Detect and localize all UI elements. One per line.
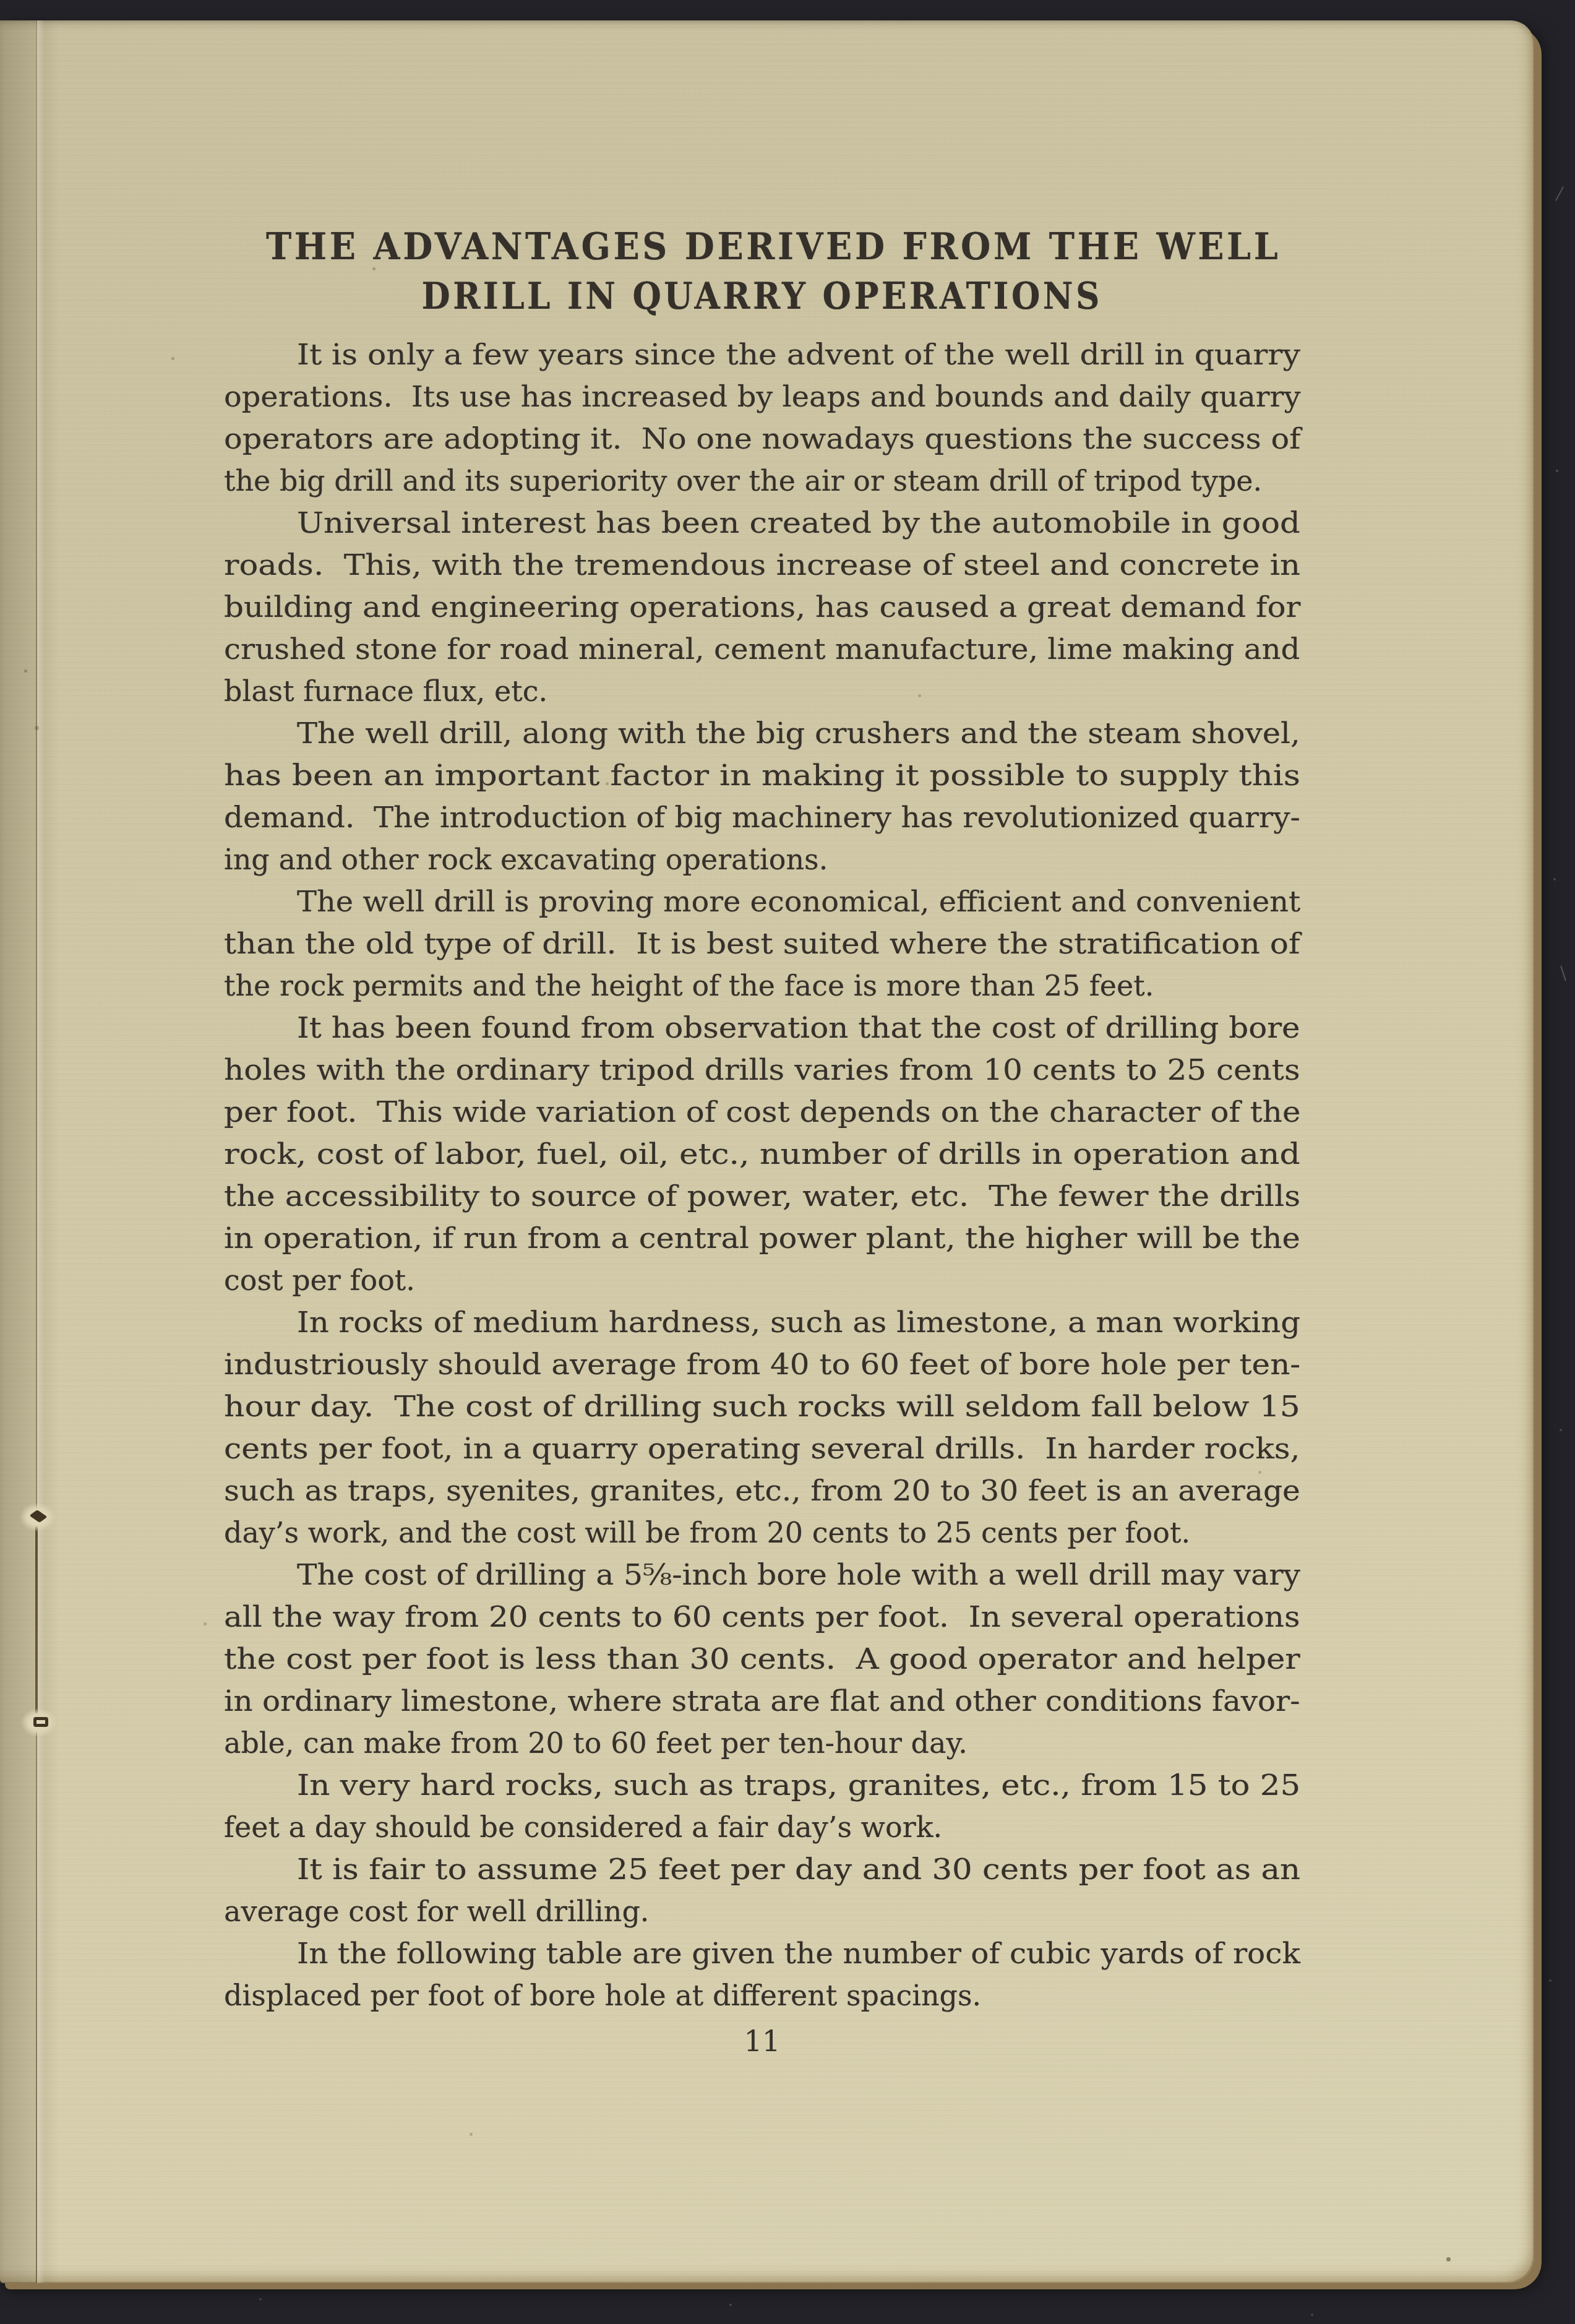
text-line: day’s work, and the cost will be from 20…	[224, 1512, 1300, 1554]
text-line: Universal interest has been created by t…	[224, 502, 1300, 544]
book-page: THE ADVANTAGES DERIVED FROM THE WELL DRI…	[0, 20, 1534, 2283]
binding-thread	[35, 1518, 38, 1722]
text-line: in ordinary limestone, where strata are …	[224, 1680, 1300, 1722]
text-line: demand. The introduction of big machiner…	[224, 796, 1300, 838]
text-line: such as traps, syenites, granites, etc.,…	[224, 1470, 1300, 1512]
text-line: rock, cost of labor, fuel, oil, etc., nu…	[224, 1133, 1300, 1175]
text-line: In very hard rocks, such as traps, grani…	[224, 1764, 1300, 1806]
dust-fiber	[1560, 965, 1566, 981]
text-line-content: ing and other rock excavating operations…	[224, 838, 828, 880]
text-line: the accessibility to source of power, wa…	[224, 1175, 1300, 1217]
title-line: DRILL IN QUARRY OPERATIONS	[224, 272, 1300, 321]
text-line-content: the big drill and its superiority over t…	[224, 460, 1262, 502]
gutter-shadow	[0, 20, 59, 2283]
text-line-content: It has been found from observation that …	[297, 1007, 1300, 1049]
text-line-content: roads. This, with the tremendous increas…	[224, 544, 1300, 586]
text-line: It has been found from observation that …	[224, 1007, 1300, 1049]
text-line-content: the cost per foot is less than 30 cents.…	[224, 1638, 1300, 1680]
text-line: The well drill, along with the big crush…	[224, 712, 1300, 754]
text-line-content: in ordinary limestone, where strata are …	[224, 1680, 1300, 1722]
text-line: It is fair to assume 25 feet per day and…	[224, 1848, 1300, 1890]
text-line: In rocks of medium hardness, such as lim…	[224, 1301, 1300, 1343]
text-line: the rock permits and the height of the f…	[224, 965, 1300, 1007]
text-line-content: In very hard rocks, such as traps, grani…	[297, 1764, 1300, 1806]
page-number: 11	[224, 2020, 1300, 2062]
text-line-content: displaced per foot of bore hole at diffe…	[224, 1974, 981, 2016]
text-line: displaced per foot of bore hole at diffe…	[224, 1974, 1300, 2016]
text-line: operations. Its use has increased by lea…	[224, 376, 1300, 418]
title-line: THE ADVANTAGES DERIVED FROM THE WELL	[224, 222, 1300, 272]
text-line-content: such as traps, syenites, granites, etc.,…	[224, 1470, 1300, 1512]
text-line: cost per foot.	[224, 1259, 1300, 1301]
text-line-content: building and engineering operations, has…	[224, 586, 1300, 628]
text-line: building and engineering operations, has…	[224, 586, 1300, 628]
text-line: able, can make from 20 to 60 feet per te…	[224, 1722, 1300, 1764]
text-line: The well drill is proving more economica…	[224, 880, 1300, 923]
text-line-content: industriously should average from 40 to …	[224, 1343, 1300, 1385]
text-line: in operation, if run from a central powe…	[224, 1217, 1300, 1259]
title-line-text: THE ADVANTAGES DERIVED FROM THE WELL	[266, 222, 1281, 272]
text-line: blast furnace flux, etc.	[224, 670, 1300, 712]
text-line: the cost per foot is less than 30 cents.…	[224, 1638, 1300, 1680]
text-line-content: demand. The introduction of big machiner…	[224, 796, 1300, 838]
title-line-text: DRILL IN QUARRY OPERATIONS	[422, 272, 1102, 321]
text-line-content: rock, cost of labor, fuel, oil, etc., nu…	[224, 1133, 1300, 1175]
stitch-thread-icon	[30, 1510, 48, 1523]
binding-crease	[36, 20, 37, 2283]
dust-fiber	[1555, 186, 1564, 201]
text-line-content: cost per foot.	[224, 1259, 415, 1301]
text-line-content: In rocks of medium hardness, such as lim…	[297, 1301, 1300, 1343]
text-line: holes with the ordinary tripod drills va…	[224, 1049, 1300, 1091]
text-line-content: cents per foot, in a quarry operating se…	[224, 1427, 1300, 1470]
text-line-content: It is only a few years since the advent …	[297, 334, 1300, 376]
text-line: the big drill and its superiority over t…	[224, 460, 1300, 502]
text-line: hour day. The cost of drilling such rock…	[224, 1385, 1300, 1427]
text-line-content: in operation, if run from a central powe…	[224, 1217, 1300, 1259]
text-line-content: crushed stone for road mineral, cement m…	[224, 628, 1300, 670]
text-line-content: able, can make from 20 to 60 feet per te…	[224, 1722, 968, 1764]
text-line-content: day’s work, and the cost will be from 20…	[224, 1512, 1190, 1554]
paper-specks	[0, 20, 2, 22]
text-line: operators are adopting it. No one nowada…	[224, 418, 1300, 460]
text-line-content: the rock permits and the height of the f…	[224, 965, 1154, 1007]
text-line: industriously should average from 40 to …	[224, 1343, 1300, 1385]
binding-stitch	[20, 1503, 56, 1531]
text-line-content: than the old type of drill. It is best s…	[224, 923, 1300, 965]
body-text: It is only a few years since the advent …	[224, 334, 1300, 2016]
text-line: feet a day should be considered a fair d…	[224, 1806, 1300, 1848]
text-line: ing and other rock excavating operations…	[224, 838, 1300, 880]
stitch-thread-icon	[33, 1717, 48, 1727]
scanner-dust	[0, 0, 1, 1]
text-line: per foot. This wide variation of cost de…	[224, 1091, 1300, 1133]
text-line: all the way from 20 cents to 60 cents pe…	[224, 1596, 1300, 1638]
text-line-content: It is fair to assume 25 feet per day and…	[297, 1848, 1300, 1890]
binding-stitch	[21, 1708, 57, 1737]
text-line-content: operators are adopting it. No one nowada…	[224, 418, 1301, 460]
text-line-content: hour day. The cost of drilling such rock…	[224, 1385, 1300, 1427]
text-line-content: The well drill is proving more economica…	[297, 880, 1300, 923]
page-title: THE ADVANTAGES DERIVED FROM THE WELL DRI…	[224, 222, 1300, 321]
text-line: The cost of drilling a 5⅝-inch bore hole…	[224, 1554, 1300, 1596]
scan-background: { "colors": { "background": "#232228", "…	[0, 0, 1575, 2324]
text-line-content: per foot. This wide variation of cost de…	[224, 1091, 1300, 1133]
text-line: roads. This, with the tremendous increas…	[224, 544, 1300, 586]
text-line-content: has been an important factor in making i…	[224, 754, 1300, 796]
text-line: cents per foot, in a quarry operating se…	[224, 1427, 1300, 1470]
text-line: average cost for well drilling.	[224, 1890, 1300, 1932]
text-line-content: In the following table are given the num…	[297, 1932, 1300, 1974]
text-line: In the following table are given the num…	[224, 1932, 1300, 1974]
text-line-content: average cost for well drilling.	[224, 1890, 649, 1932]
text-line: has been an important factor in making i…	[224, 754, 1300, 796]
text-line-content: operations. Its use has increased by lea…	[224, 376, 1300, 418]
text-line-content: The well drill, along with the big crush…	[297, 712, 1300, 754]
text-line: It is only a few years since the advent …	[224, 334, 1300, 376]
text-line-content: the accessibility to source of power, wa…	[224, 1175, 1300, 1217]
text-line-content: The cost of drilling a 5⅝-inch bore hole…	[297, 1554, 1300, 1596]
text-line: than the old type of drill. It is best s…	[224, 923, 1300, 965]
text-line-content: Universal interest has been created by t…	[297, 502, 1300, 544]
text-line-content: blast furnace flux, etc.	[224, 670, 547, 712]
text-line-content: feet a day should be considered a fair d…	[224, 1806, 942, 1848]
text-line-content: all the way from 20 cents to 60 cents pe…	[224, 1596, 1300, 1638]
text-line-content: holes with the ordinary tripod drills va…	[224, 1049, 1300, 1091]
text-line: crushed stone for road mineral, cement m…	[224, 628, 1300, 670]
